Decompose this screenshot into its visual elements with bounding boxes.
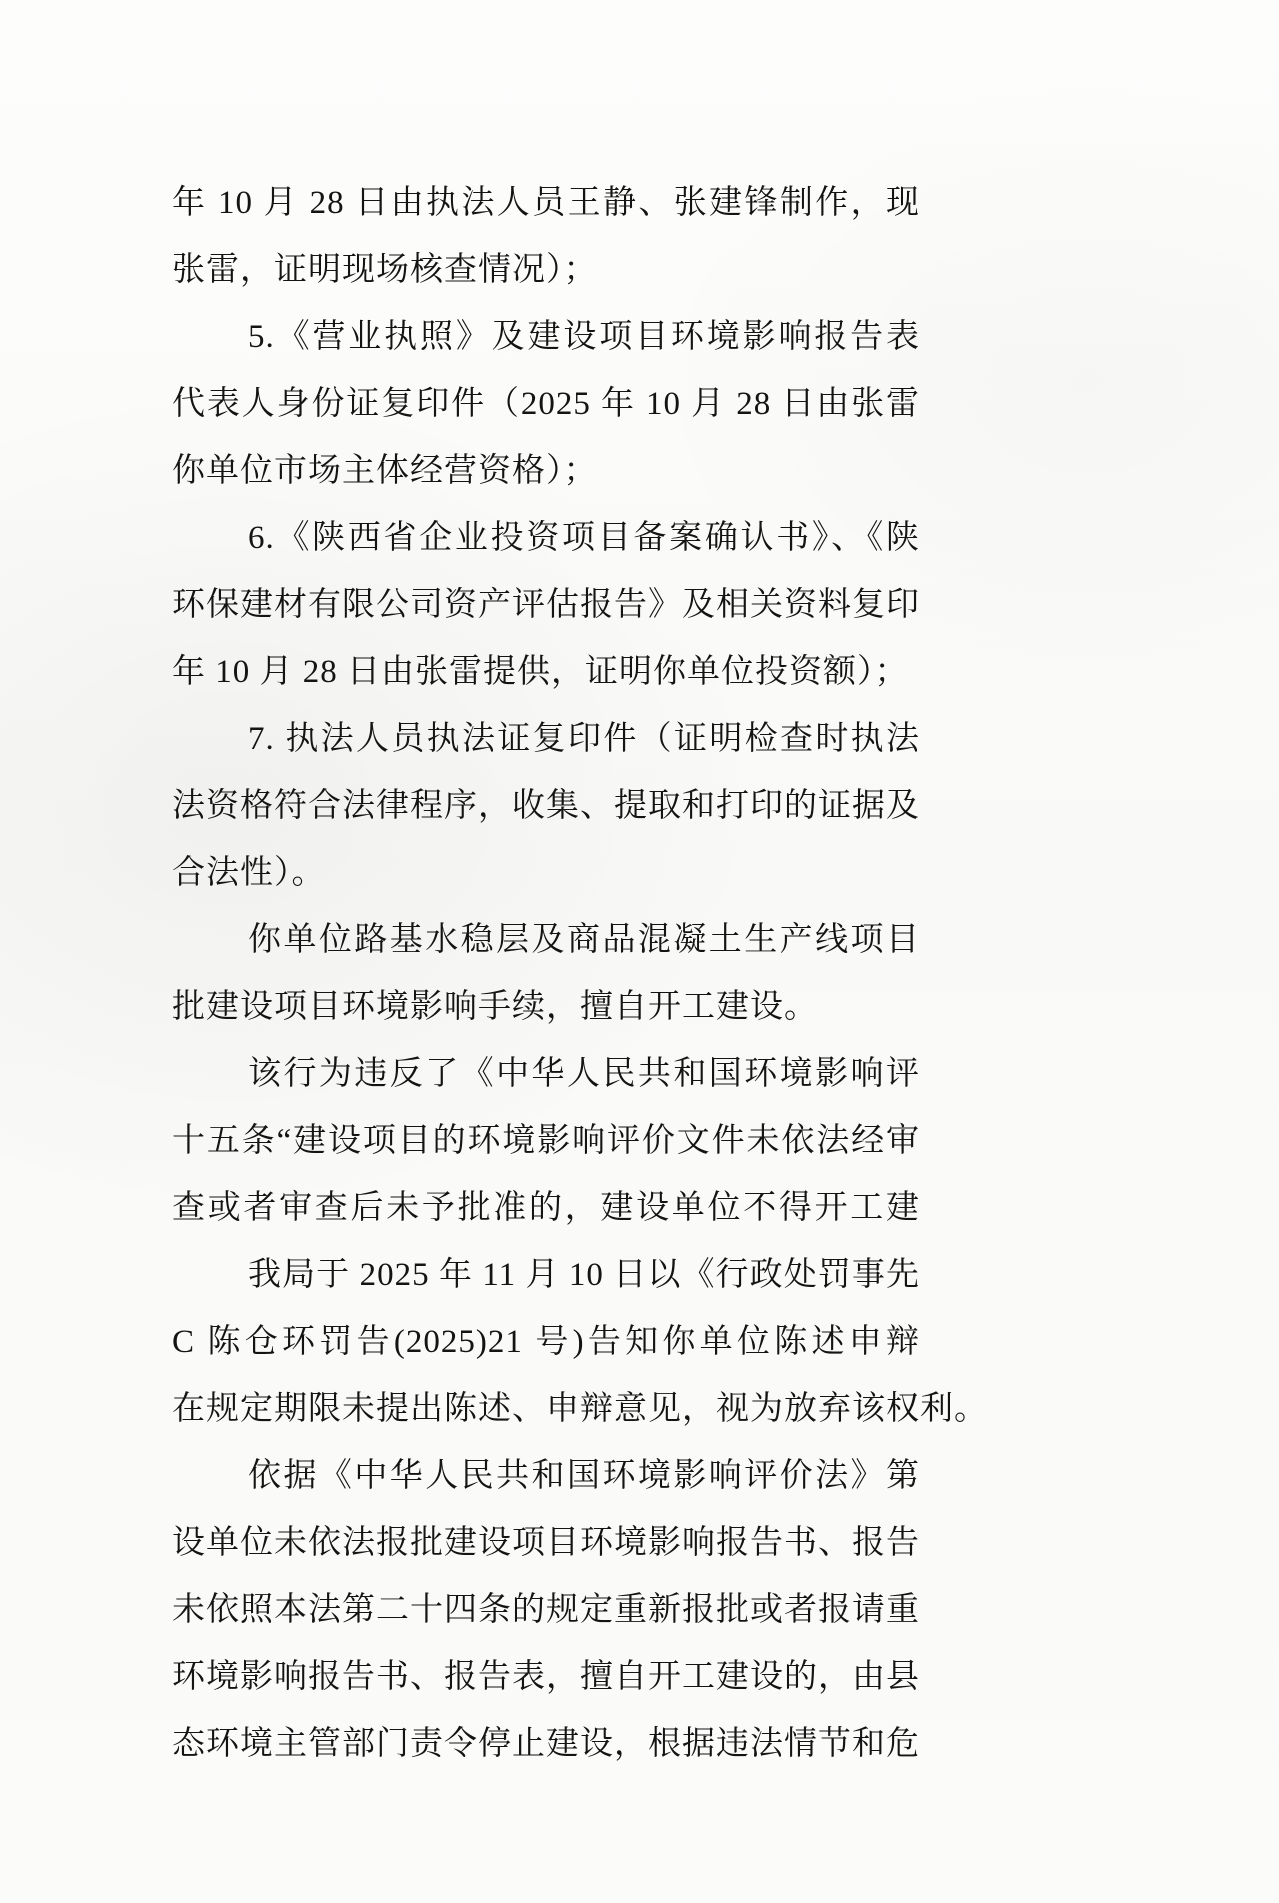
paragraph: 6.《陕西省企业投资项目备案确认书》、《陕西盛安恒固环保建材有限公司资产评估报告… (172, 505, 920, 706)
document-body: 年 10 月 28 日由执法人员王静、张建锋制作，现场负责人：张雷，证明现场核查… (172, 170, 920, 1778)
paragraph: 年 10 月 28 日由执法人员王静、张建锋制作，现场负责人：张雷，证明现场核查… (172, 170, 920, 304)
document-line: 环保建材有限公司资产评估报告》及相关资料复印件（2025 (172, 572, 920, 639)
document-line: 十五条“建设项目的环境影响评价文件未依法经审批部门审 (172, 1108, 920, 1175)
paragraph: 我局于 2025 年 11 月 10 日以《行政处罚事先告知书》(陕C 陈仓环罚… (172, 1242, 920, 1443)
document-line: 查或者审查后未予批准的，建设单位不得开工建设”的规定。 (172, 1175, 920, 1242)
paragraph: 5.《营业执照》及建设项目环境影响报告表批复、法定代表人身份证复印件（2025 … (172, 304, 920, 505)
document-line: 代表人身份证复印件（2025 年 10 月 28 日由张雷提供，证明 (172, 371, 920, 438)
document-line: 在规定期限未提出陈述、申辩意见，视为放弃该权利。 (172, 1376, 920, 1443)
document-line: 态环境主管部门责令停止建设，根据违法情节和危害后果， (172, 1711, 920, 1778)
document-line: 设单位未依法报批建设项目环境影响报告书、报告表，或者 (172, 1510, 920, 1577)
document-line: C 陈仓环罚告(2025)21 号)告知你单位陈述申辩权。你单位 (172, 1309, 920, 1376)
document-line: 批建设项目环境影响手续，擅自开工建设。 (172, 974, 920, 1041)
document-line: 年 10 月 28 日由张雷提供，证明你单位投资额）； (172, 639, 920, 706)
document-line: 年 10 月 28 日由执法人员王静、张建锋制作，现场负责人： (172, 170, 920, 237)
paragraph: 7. 执法人员执法证复印件（证明检查时执法人员的执法资格符合法律程序，收集、提取… (172, 706, 920, 907)
paragraph: 依据《中华人民共和国环境影响评价法》第三十一条“建设单位未依法报批建设项目环境影… (172, 1443, 920, 1778)
document-line: 7. 执法人员执法证复印件（证明检查时执法人员的执 (172, 706, 920, 773)
document-line: 张雷，证明现场核查情况）； (172, 237, 920, 304)
document-line: 5.《营业执照》及建设项目环境影响报告表批复、法定 (172, 304, 920, 371)
document-page: 年 10 月 28 日由执法人员王静、张建锋制作，现场负责人：张雷，证明现场核查… (0, 0, 1279, 1903)
document-line: 未依照本法第二十四条的规定重新报批或者报请重新审核 (172, 1577, 920, 1644)
document-line: 你单位市场主体经营资格）； (172, 438, 920, 505)
document-line: 你单位路基水稳层及商品混凝土生产线项目未依法报 (172, 907, 920, 974)
document-line: 依据《中华人民共和国环境影响评价法》第三十一条“建 (172, 1443, 920, 1510)
document-line: 法资格符合法律程序，收集、提取和打印的证据及资料具有 (172, 773, 920, 840)
paragraph: 你单位路基水稳层及商品混凝土生产线项目未依法报批建设项目环境影响手续，擅自开工建… (172, 907, 920, 1041)
document-line: 6.《陕西省企业投资项目备案确认书》、《陕西盛安恒固 (172, 505, 920, 572)
document-line: 该行为违反了《中华人民共和国环境影响评价法》第二 (172, 1041, 920, 1108)
document-line: 合法性）。 (172, 840, 920, 907)
paragraph: 该行为违反了《中华人民共和国环境影响评价法》第二十五条“建设项目的环境影响评价文… (172, 1041, 920, 1242)
document-line: 环境影响报告书、报告表，擅自开工建设的，由县级以上生 (172, 1644, 920, 1711)
document-line: 我局于 2025 年 11 月 10 日以《行政处罚事先告知书》(陕 (172, 1242, 920, 1309)
